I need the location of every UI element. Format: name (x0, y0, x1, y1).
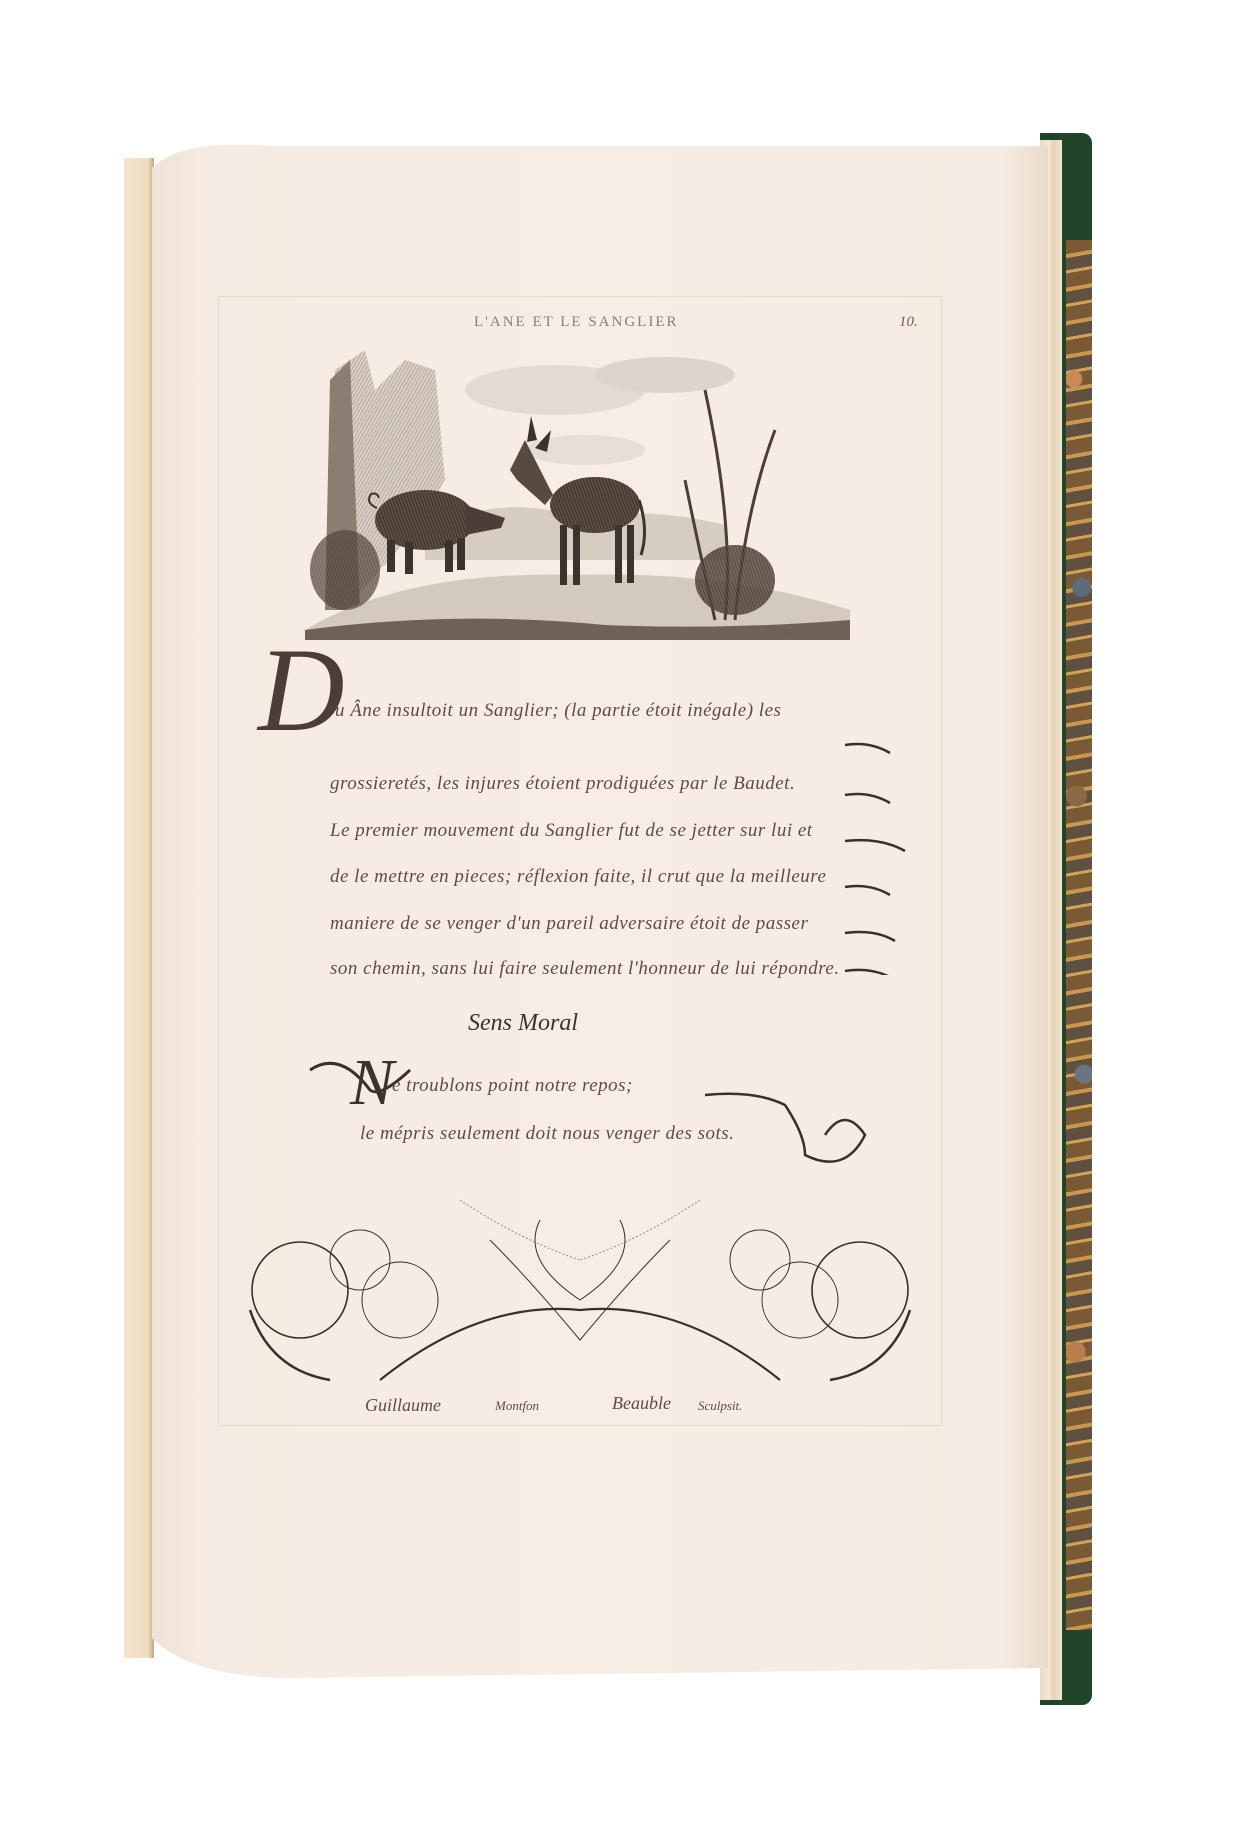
marbled-board (1066, 240, 1092, 1630)
fable-line-1: u Âne insultoit un Sanglier; (la partie … (335, 700, 781, 722)
engraving-signature-left: G.d. (395, 629, 407, 637)
moral-line-2: le mépris seulement doit nous venger des… (360, 1123, 734, 1145)
line-end-swashes (840, 735, 910, 975)
moral-tail-flourish (700, 1085, 880, 1175)
credit-artist-first: Guillaume (365, 1395, 441, 1416)
moral-drop-cap: N (350, 1050, 394, 1116)
fable-line-5: maniere de se venger d'un pareil adversa… (330, 913, 808, 935)
fable-line-3: Le premier mouvement du Sanglier fut de … (330, 820, 813, 842)
calligraphic-flourish (240, 1180, 920, 1390)
fable-line-6: son chemin, sans lui faire seulement l'h… (330, 958, 840, 980)
moral-title: Sens Moral (468, 1010, 578, 1037)
fable-drop-cap: D (258, 630, 345, 750)
plate-title: L'ANE ET LE SANGLIER (474, 314, 679, 331)
engraving-signature-right: L.G.d. (774, 629, 793, 637)
fable-line-4: de le mettre en pieces; réflexion faite,… (330, 866, 826, 888)
boar-donkey-engraving: G.d. L.G.d. (305, 330, 850, 640)
moral-line-1: e troublons point notre repos; (392, 1075, 633, 1097)
plate-number: 10. (899, 314, 918, 331)
credit-engraver: Beauble (612, 1393, 671, 1414)
fable-line-2: grossieretés, les injures étoient prodig… (330, 773, 795, 795)
left-page-edge (124, 158, 154, 1658)
credit-artist-last: Montfon (495, 1398, 539, 1414)
credit-engraver-role: Sculpsit. (698, 1398, 742, 1414)
book: L'ANE ET LE SANGLIER 10. (0, 0, 1248, 1835)
